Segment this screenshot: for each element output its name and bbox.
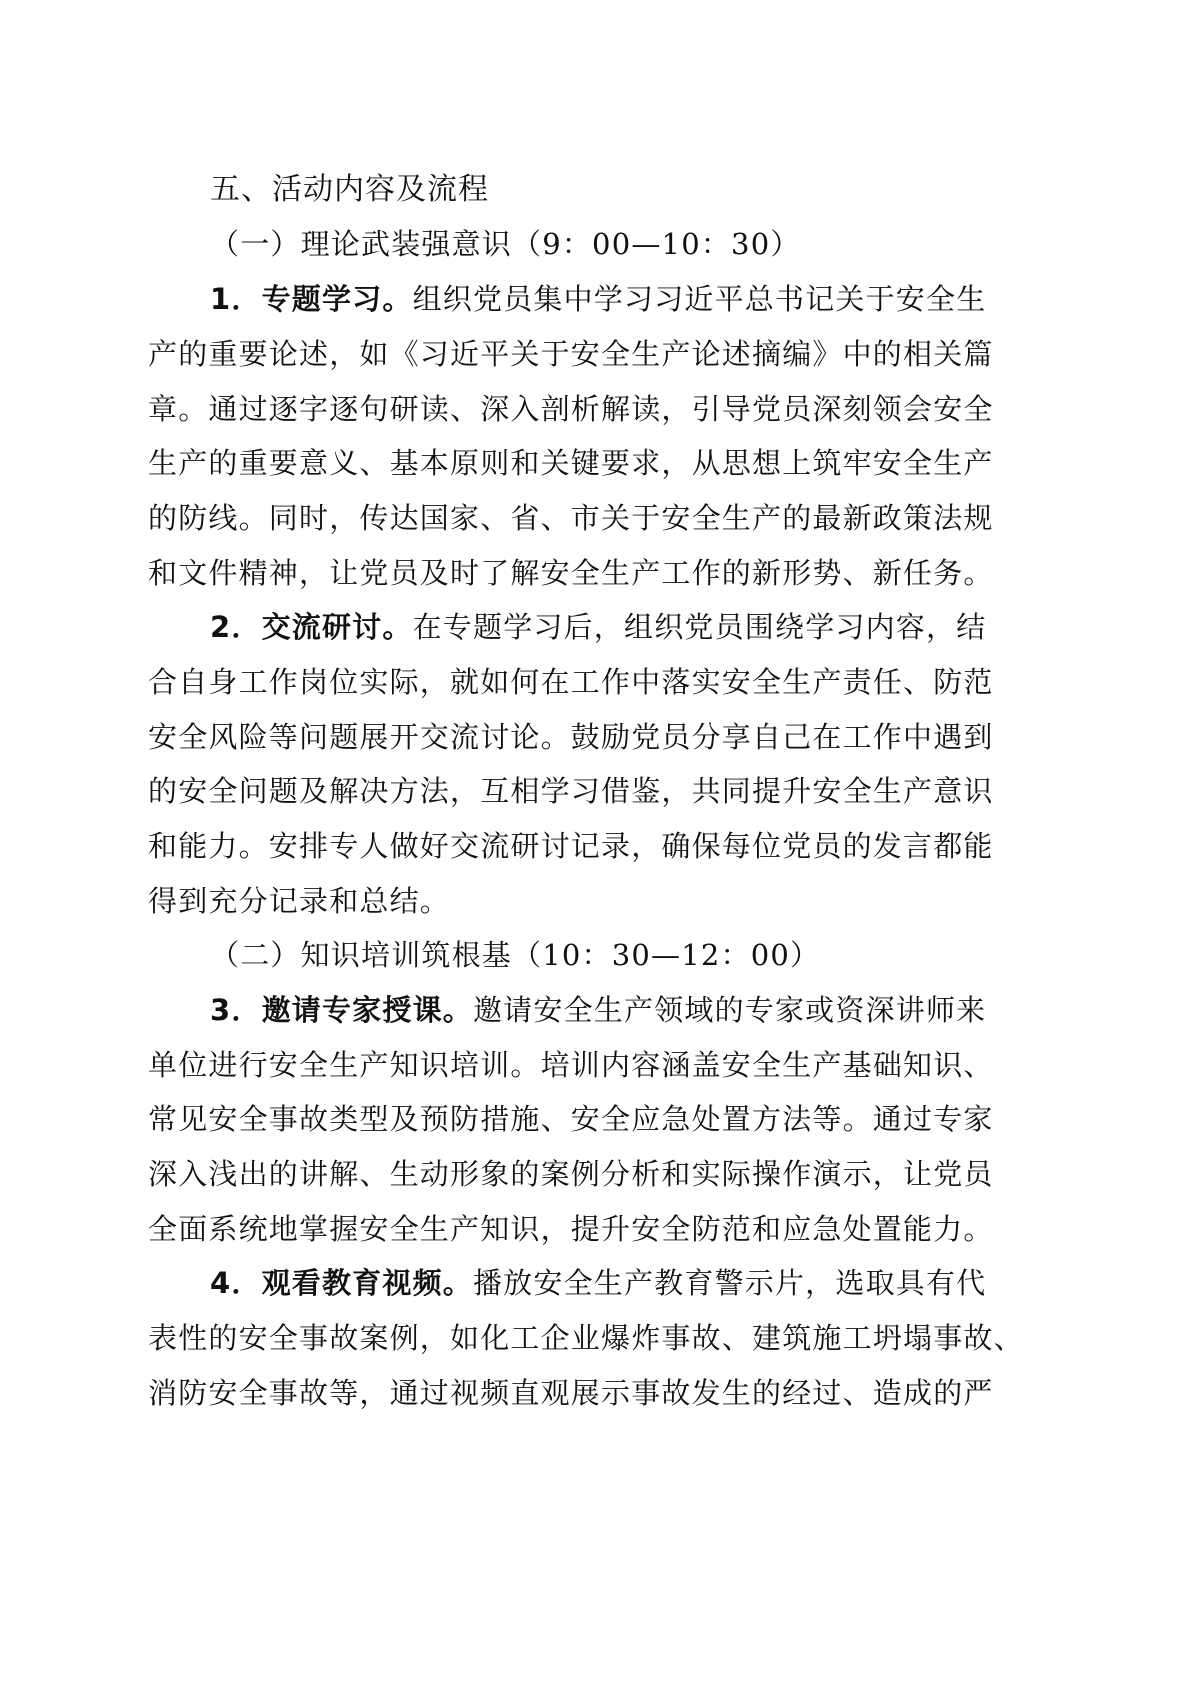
paragraph-line: 消防安全事故等，通过视频直观展示事故发生的经过、造成的严: [148, 1375, 1048, 1411]
paragraph-line: 1．专题学习。组织党员集中学习习近平总书记关于安全生: [210, 281, 1110, 317]
paragraph-line: 2．交流研讨。在专题学习后，组织党员围绕学习内容，结: [210, 609, 1110, 645]
item-label: 3．邀请专家授课。: [210, 993, 473, 1027]
paragraph-line: 4．观看教育视频。播放安全生产教育警示片，选取具有代: [210, 1265, 1110, 1301]
paragraph-line: 生产的重要意义、基本原则和关键要求，从思想上筑牢安全生产: [148, 445, 1048, 481]
item-label: 1．专题学习。: [210, 282, 413, 316]
section-title: 五、活动内容及流程: [210, 172, 1110, 208]
paragraph-line: 3．邀请专家授课。邀请安全生产领域的专家或资深讲师来: [210, 992, 1110, 1028]
document-page: 五、活动内容及流程 （一）理论武装强意识（9：00—10：30） 1．专题学习。…: [0, 0, 1190, 1683]
paragraph-line: 得到充分记录和总结。: [148, 883, 1048, 919]
paragraph-line: 单位进行安全生产知识培训。培训内容涵盖安全生产基础知识、: [148, 1047, 1048, 1083]
paragraph-line: 产的重要论述，如《习近平关于安全生产论述摘编》中的相关篇: [148, 336, 1048, 372]
paragraph-line: 表性的安全事故案例，如化工企业爆炸事故、建筑施工坍塌事故、: [148, 1320, 1048, 1356]
item-label: 2．交流研讨。: [210, 610, 413, 644]
paragraph-line: 深入浅出的讲解、生动形象的案例分析和实际操作演示，让党员: [148, 1156, 1048, 1192]
paragraph-line: 全面系统地掌握安全生产知识，提升安全防范和应急处置能力。: [148, 1211, 1048, 1247]
paragraph-line: 的防线。同时，传达国家、省、市关于安全生产的最新政策法规: [148, 500, 1048, 536]
paragraph-line: 章。通过逐字逐句研读、深入剖析解读，引导党员深刻领会安全: [148, 391, 1048, 427]
paragraph-line: 常见安全事故类型及预防措施、安全应急处置方法等。通过专家: [148, 1101, 1048, 1137]
paragraph-line: 的安全问题及解决方法，互相学习借鉴，共同提升安全生产意识: [148, 773, 1048, 809]
paragraph-line: 合自身工作岗位实际，就如何在工作中落实安全生产责任、防范: [148, 664, 1048, 700]
paragraph-line: 和文件精神，让党员及时了解安全生产工作的新形势、新任务。: [148, 555, 1048, 591]
item-label: 4．观看教育视频。: [210, 1266, 473, 1300]
subsection-heading-2: （二）知识培训筑根基（10：30—12：00）: [210, 937, 1110, 973]
subsection-heading-1: （一）理论武装强意识（9：00—10：30）: [210, 226, 1110, 262]
paragraph-line: 安全风险等问题展开交流讨论。鼓励党员分享自己在工作中遇到: [148, 719, 1048, 755]
paragraph-line: 和能力。安排专人做好交流研讨记录，确保每位党员的发言都能: [148, 828, 1048, 864]
